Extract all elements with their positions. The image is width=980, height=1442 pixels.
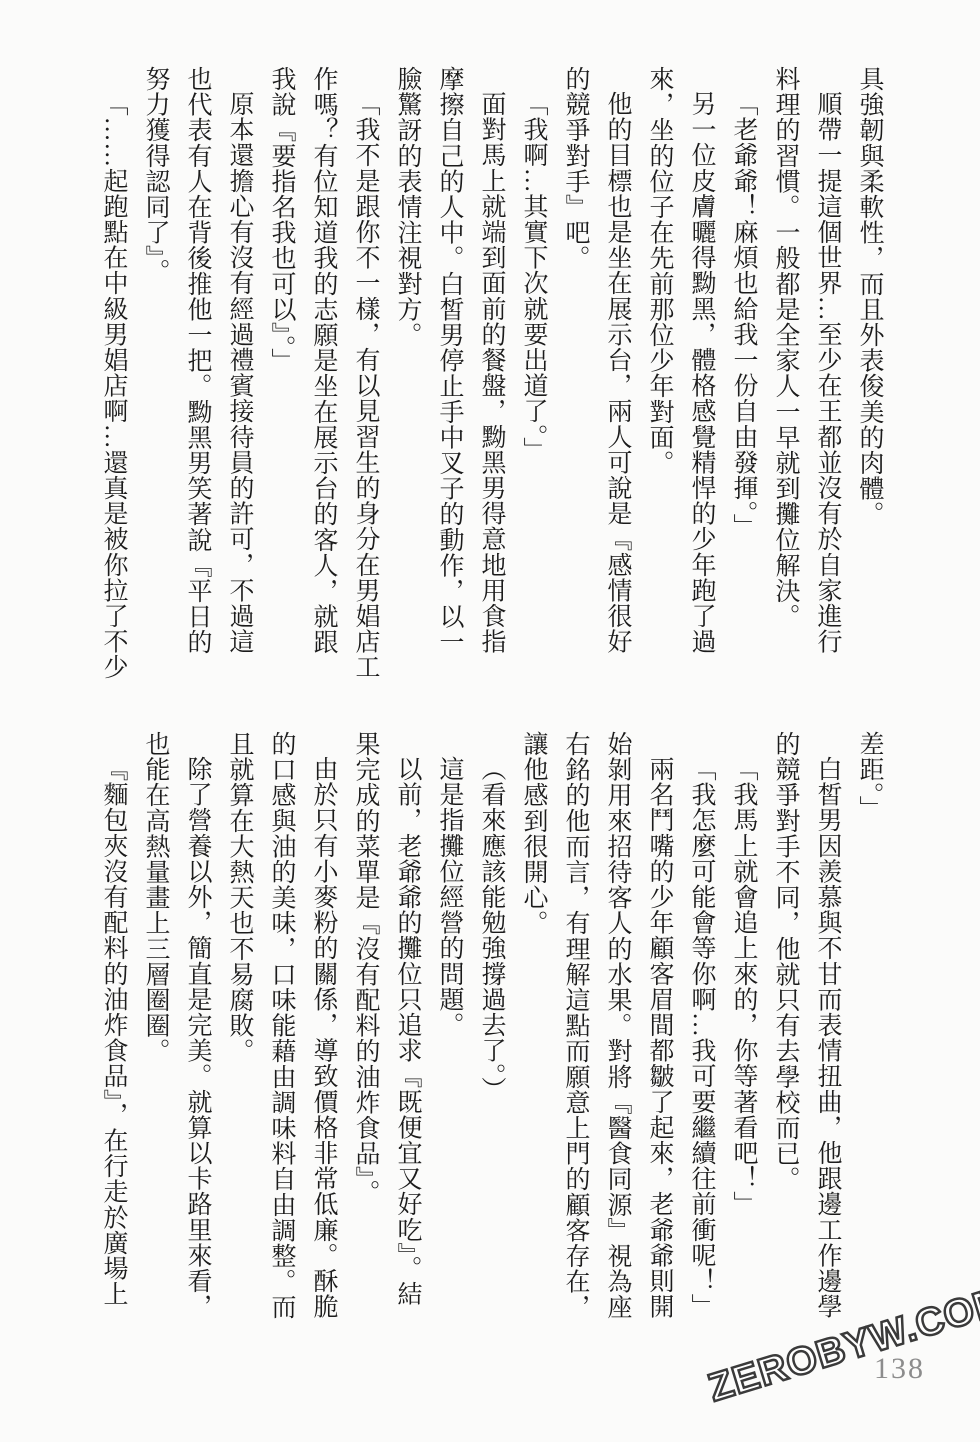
text-column: 面對馬上就端到面前的餐盤，黝黑男得意地用食指: [470, 66, 512, 706]
text-column: 他的目標也是坐在展示台，兩人可說是『感情很好: [596, 66, 638, 706]
text-column: 右銘的他而言，有理解這點而願意上門的顧客存在，: [554, 731, 596, 1371]
text-column: 始剝用來招待客人的水果。對將『醫食同源』視為座: [596, 731, 638, 1371]
text-column: 「我不是跟你不一樣，有以見習生的身分在男娼店工: [344, 66, 386, 706]
text-column: 以前，老爺爺的攤位只追求『既便宜又好吃』。結: [386, 731, 428, 1371]
text-column: 果完成的菜單是『沒有配料的油炸食品』。: [344, 731, 386, 1371]
text-column: 具強韌與柔軟性，而且外表俊美的肉體。: [848, 66, 890, 706]
text-column: 「我怎麼可能會等你啊…我可要繼續往前衝呢！」: [680, 731, 722, 1371]
text-column: 差距。」: [848, 731, 890, 1371]
text-column: 摩擦自己的人中。白皙男停止手中叉子的動作，以一: [428, 66, 470, 706]
text-column: 料理的習慣。一般都是全家人一早就到攤位解決。: [764, 66, 806, 706]
text-column: 的競爭對手不同，他就只有去學校而已。: [764, 731, 806, 1371]
text-column: 「我馬上就會追上來的，你等著看吧！」: [722, 731, 764, 1371]
text-column: 臉驚訝的表情注視對方。: [386, 66, 428, 706]
text-column: （看來應該能勉強撐過去了。）: [470, 731, 512, 1371]
text-column: 努力獲得認同了』。: [134, 66, 176, 706]
text-column: 讓他感到很開心。: [512, 731, 554, 1371]
text-column: 的口感與油的美味，口味能藉由調味料自由調整。而: [260, 731, 302, 1371]
text-column: 白皙男因羨慕與不甘而表情扭曲，他跟邊工作邊學: [806, 731, 848, 1371]
text-column: 「老爺爺！麻煩也給我一份自由發揮。」: [722, 66, 764, 706]
text-column: 且就算在大熱天也不易腐敗。: [218, 731, 260, 1371]
text-column: 的競爭對手』吧。: [554, 66, 596, 706]
text-column: 來，坐的位子在先前那位少年對面。: [638, 66, 680, 706]
text-block-top: 具強韌與柔軟性，而且外表俊美的肉體。順帶一提這個世界…至少在王都並沒有於自家進行…: [92, 66, 890, 706]
text-column: 作嗎？有位知道我的志願是坐在展示台的客人，就跟: [302, 66, 344, 706]
text-column: 由於只有小麥粉的關係，導致價格非常低廉。酥脆: [302, 731, 344, 1371]
novel-page: 具強韌與柔軟性，而且外表俊美的肉體。順帶一提這個世界…至少在王都並沒有於自家進行…: [0, 0, 980, 1442]
text-column: 除了營養以外，簡直是完美。就算以卡路里來看，: [176, 731, 218, 1371]
text-column: 另一位皮膚曬得黝黑，體格感覺精悍的少年跑了過: [680, 66, 722, 706]
text-column: 這是指攤位經營的問題。: [428, 731, 470, 1371]
text-block-bottom: 差距。」白皙男因羨慕與不甘而表情扭曲，他跟邊工作邊學的競爭對手不同，他就只有去學…: [92, 731, 890, 1371]
text-column: 也代表有人在背後推他一把。黝黑男笑著說『平日的: [176, 66, 218, 706]
text-column: 「……起跑點在中級男娼店啊…還真是被你拉了不少: [92, 66, 134, 706]
text-column: 兩名鬥嘴的少年顧客眉間都皺了起來，老爺爺則開: [638, 731, 680, 1371]
text-column: 「我啊…其實下次就要出道了。」: [512, 66, 554, 706]
text-column: 也能在高熱量畫上三層圈圈。: [134, 731, 176, 1371]
text-column: 順帶一提這個世界…至少在王都並沒有於自家進行: [806, 66, 848, 706]
text-column: 我說『要指名我也可以』。」: [260, 66, 302, 706]
text-column: 原本還擔心有沒有經過禮賓接待員的許可，不過這: [218, 66, 260, 706]
text-column: 『麵包夾沒有配料的油炸食品』，在行走於廣場上: [92, 731, 134, 1371]
